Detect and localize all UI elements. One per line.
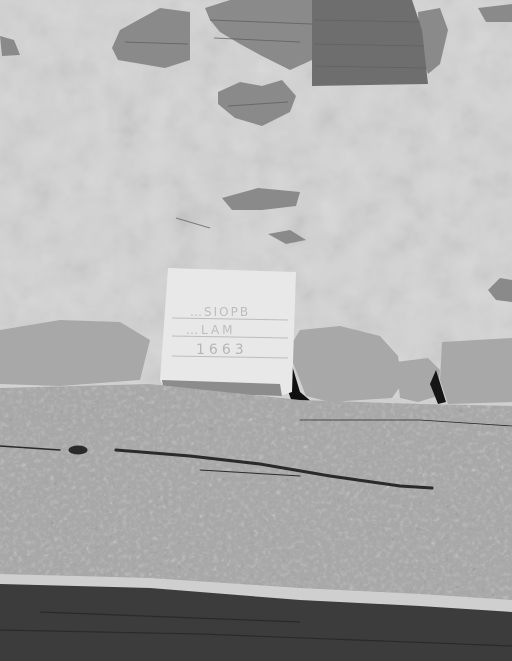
photograph: …SIOPB …LAM 1663 Weathered plastered sto… [0, 0, 512, 661]
scene-drawing: …SIOPB …LAM 1663 [0, 0, 512, 661]
